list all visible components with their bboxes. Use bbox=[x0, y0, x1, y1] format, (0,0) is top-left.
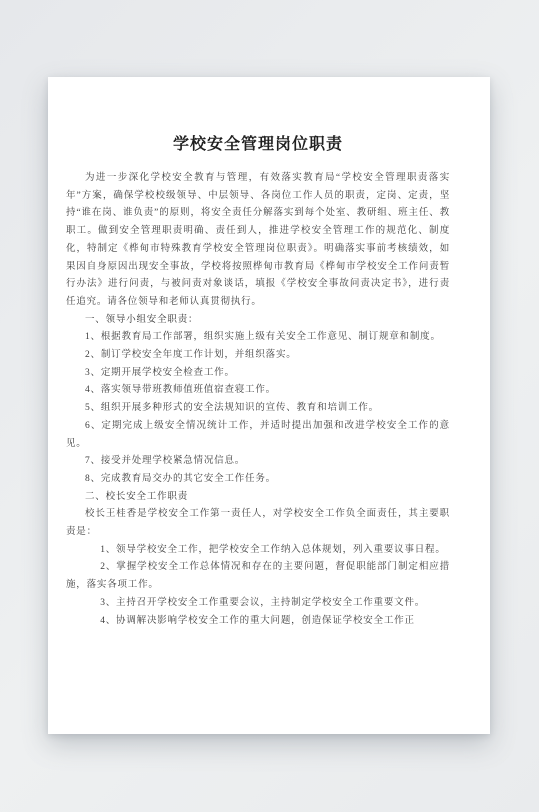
document-paragraph: 1、领导学校安全工作，把学校安全工作纳入总体规划，列入重要议事日程。 bbox=[66, 542, 450, 560]
document-heading: 一、领导小组安全职责： bbox=[66, 312, 450, 330]
document-paragraph: 8、完成教育局交办的其它安全工作任务。 bbox=[66, 471, 450, 489]
document-body: 为进一步深化学校安全教育与管理，有效落实教育局“学校安全管理职责落实年”方案，确… bbox=[66, 170, 450, 630]
document-paragraph: 7、接受并处理学校紧急情况信息。 bbox=[66, 453, 450, 471]
document-title: 学校安全管理岗位职责 bbox=[66, 133, 450, 157]
document-paragraph: 校长王桂香是学校安全工作第一责任人，对学校安全工作负全面责任，其主要职责是： bbox=[66, 506, 450, 541]
document-heading: 二、校长安全工作职责 bbox=[66, 489, 450, 507]
document-paragraph: 为进一步深化学校安全教育与管理，有效落实教育局“学校安全管理职责落实年”方案，确… bbox=[66, 170, 450, 312]
document-paragraph: 4、落实领导带班教师值班值宿查寝工作。 bbox=[66, 382, 450, 400]
document-paragraph: 2、制订学校安全年度工作计划，并组织落实。 bbox=[66, 347, 450, 365]
document-page: 学校安全管理岗位职责 为进一步深化学校安全教育与管理，有效落实教育局“学校安全管… bbox=[48, 77, 490, 734]
document-paragraph: 3、定期开展学校安全检查工作。 bbox=[66, 365, 450, 383]
document-paragraph: 3、主持召开学校安全工作重要会议，主持制定学校安全工作重要文件。 bbox=[66, 595, 450, 613]
document-paragraph: 1、根据教育局工作部署，组织实施上级有关安全工作意见、制订规章和制度。 bbox=[66, 329, 450, 347]
document-paragraph: 6、定期完成上级安全情况统计工作，并适时提出加强和改进学校安全工作的意见。 bbox=[66, 418, 450, 453]
document-paragraph: 5、组织开展多种形式的安全法规知识的宣传、教育和培训工作。 bbox=[66, 400, 450, 418]
document-paragraph: 2、掌握学校安全工作总体情况和存在的主要问题，督促职能部门制定相应措施，落实各项… bbox=[66, 559, 450, 594]
document-paragraph: 4、协调解决影响学校安全工作的重大问题，创造保证学校安全工作正 bbox=[66, 613, 450, 631]
